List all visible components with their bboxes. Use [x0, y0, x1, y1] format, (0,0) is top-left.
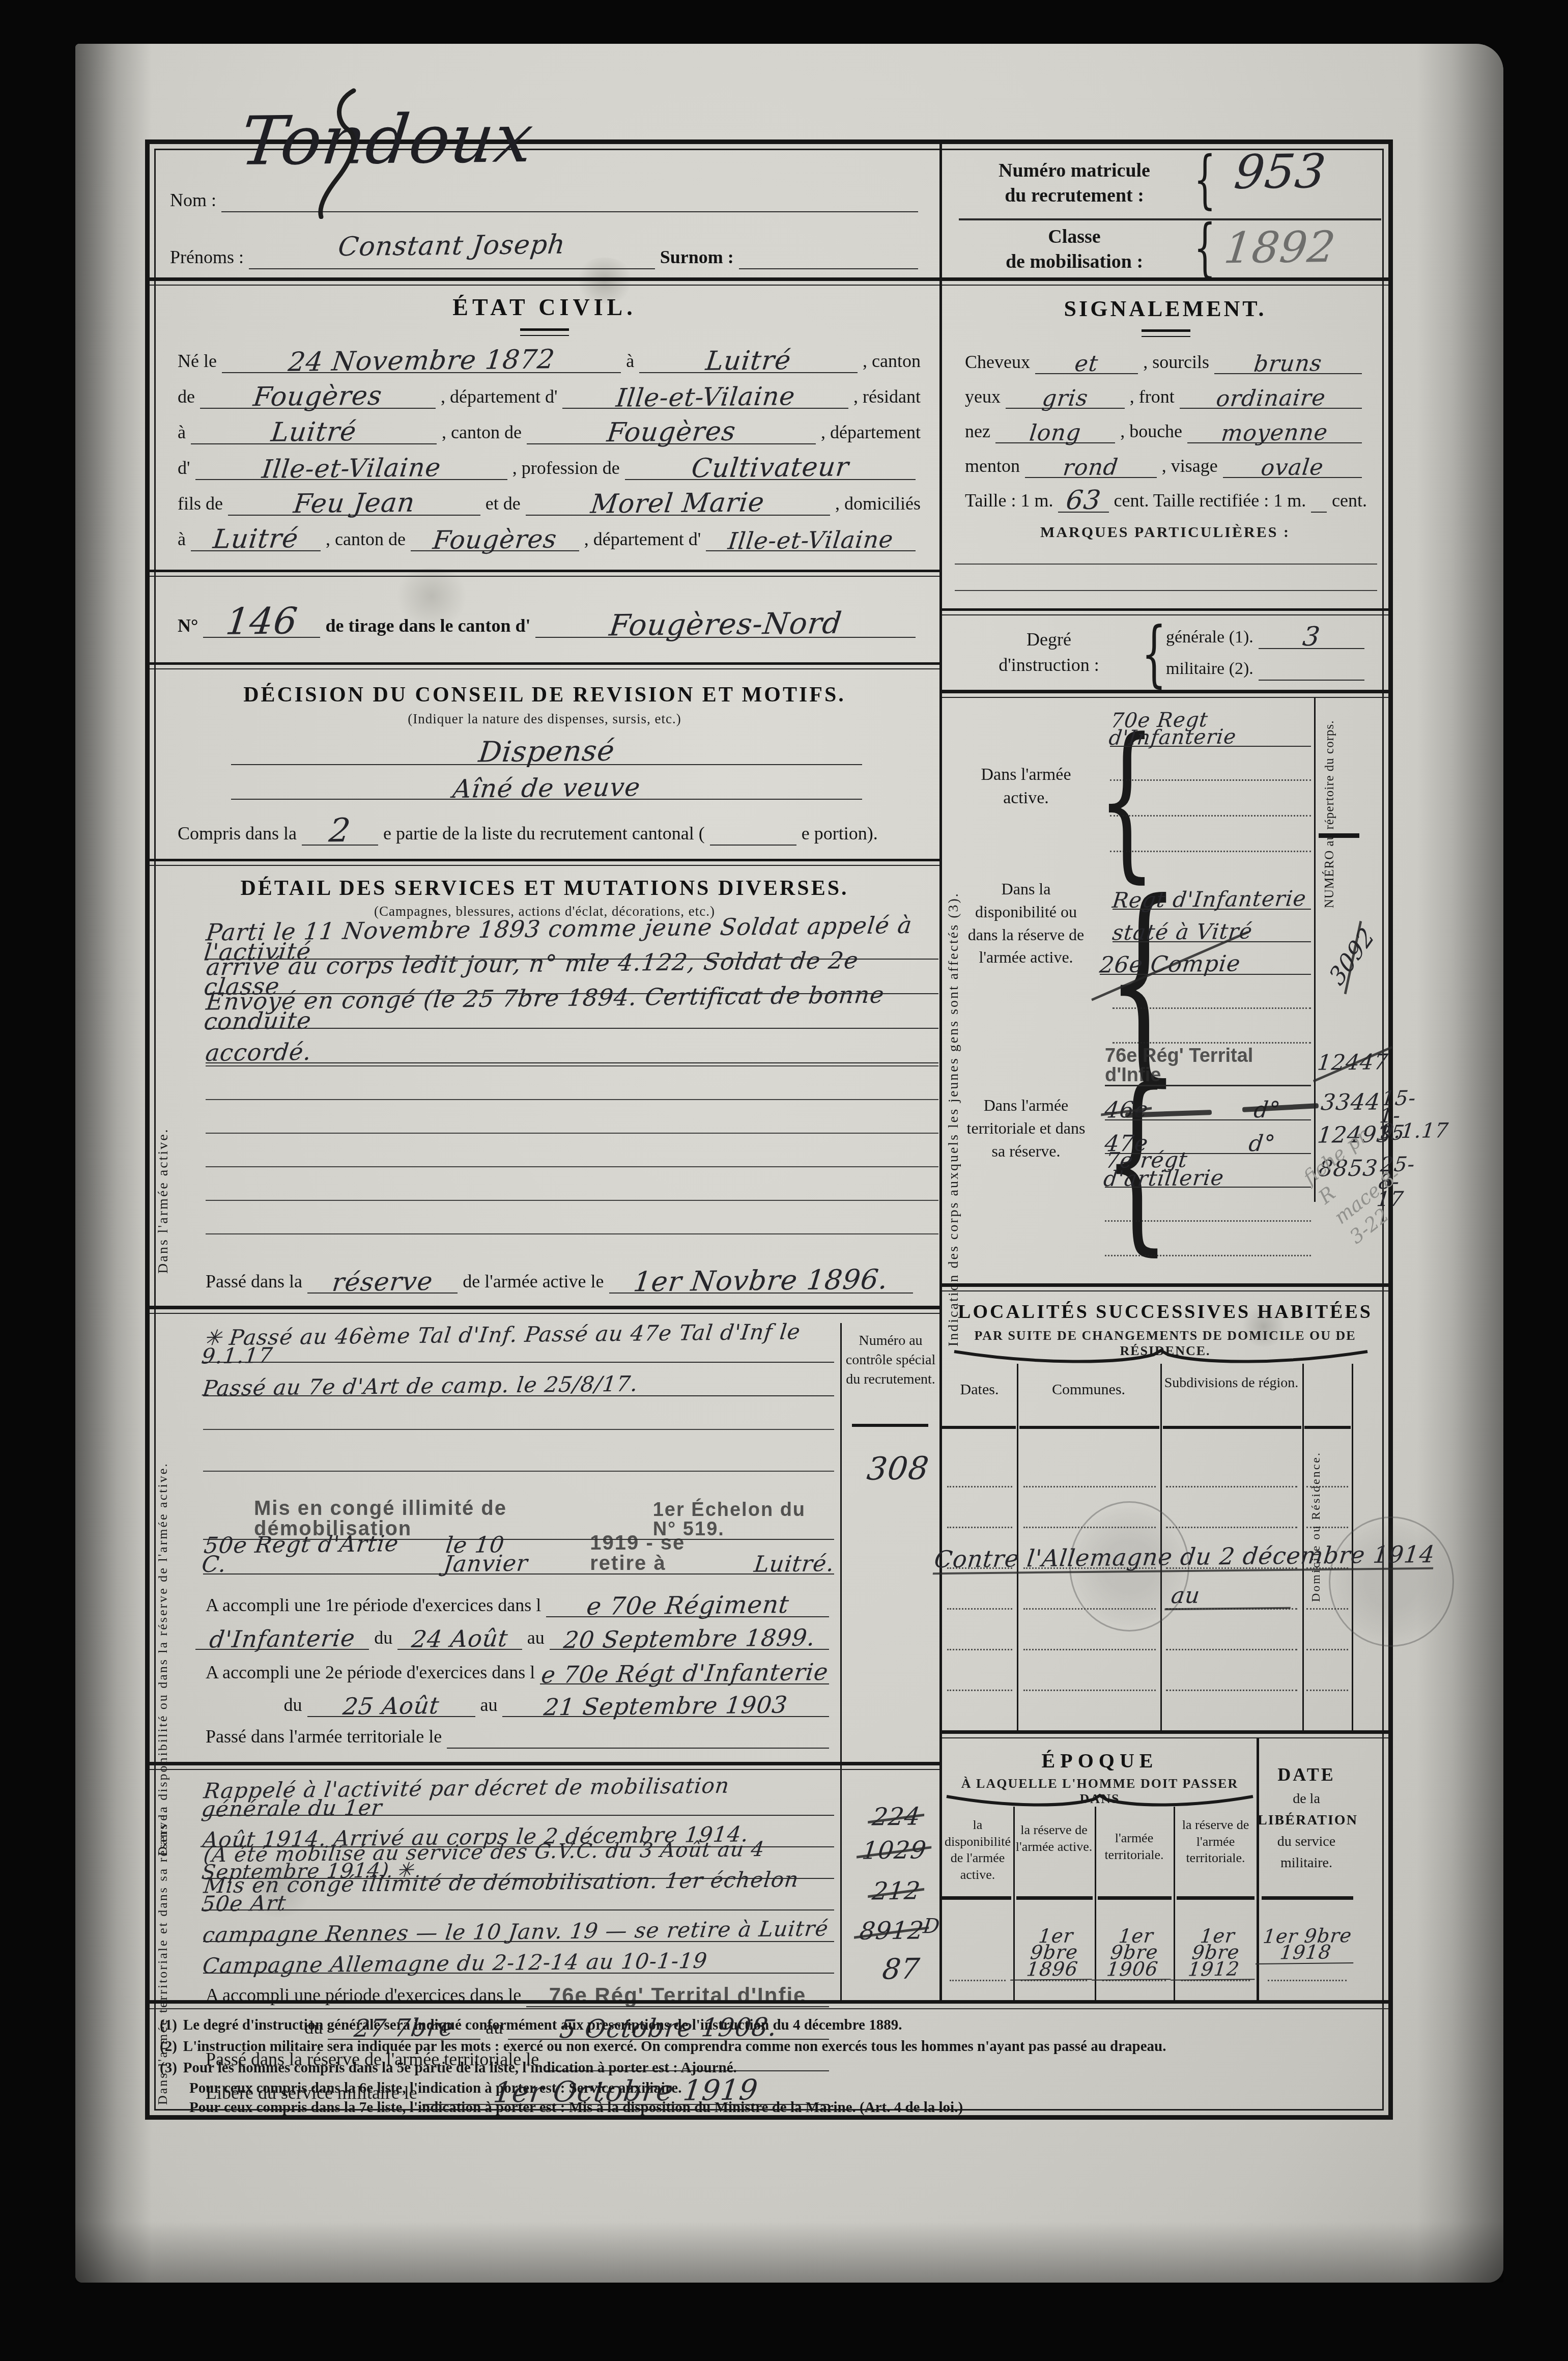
- label: A accompli une 2e période d'exercices da…: [206, 1663, 535, 1684]
- label: générale (1).: [1166, 629, 1253, 649]
- dotted-line: [1023, 1486, 1156, 1487]
- epoque-col4-header: la réserve de l'armée territoriale.: [1174, 1817, 1258, 1867]
- footnote-5: Pour ceux compris dans la 7e liste, l'in…: [189, 2099, 1375, 2116]
- dotted-line: [1113, 1007, 1311, 1009]
- terr-hw-4: Mis en congé illimité de démobilisation.…: [203, 1879, 834, 1910]
- dotted-line: [1110, 779, 1311, 781]
- classe-brace: {: [1194, 216, 1216, 279]
- label: yeux: [965, 387, 1001, 409]
- dispo-hw-1: ✳ Passé au 46ème Tal d'Inf. Passé au 47e…: [203, 1329, 834, 1363]
- header-rule: [1177, 1896, 1255, 1900]
- hw-value: 146: [224, 605, 299, 637]
- label: à: [178, 530, 186, 551]
- hw-value: Luitré: [270, 420, 357, 444]
- label: du: [284, 1696, 302, 1717]
- prenoms-row: Prénoms : Constant Joseph Surnom :: [170, 235, 923, 269]
- header-rule: [1304, 1426, 1351, 1429]
- label: de tirage dans le canton d': [325, 616, 530, 638]
- hw-value: 1er Novbre 1896.: [633, 1268, 890, 1294]
- corps-dispo-hw-2: staté à Vitré: [1113, 912, 1311, 942]
- classe-label: Classe de mobilisation :: [965, 224, 1184, 275]
- matricule-divider: [959, 218, 1381, 220]
- hw-value: 50e Regt d'Artie C.: [201, 1534, 402, 1575]
- table-brace-curve: [952, 1347, 1370, 1365]
- dotted-line: [947, 1608, 1012, 1610]
- margin-number-struck: 3092: [1327, 924, 1377, 989]
- header-rule: [1016, 1896, 1093, 1900]
- bottom-shadow: [75, 2222, 1503, 2283]
- section-rule: [150, 570, 939, 577]
- hw-value: Envoyé en congé (le 25 7bre 1894. Certif…: [203, 984, 942, 1031]
- dotted-line: [1110, 851, 1311, 852]
- dotted-line: [1110, 815, 1311, 817]
- surnom-line: [739, 235, 918, 269]
- margin-number-struck: 1029: [861, 1840, 928, 1861]
- nom-label: Nom :: [170, 191, 216, 212]
- hw-value: moyenne: [1220, 423, 1329, 443]
- hw-value: 24 Août: [411, 1628, 509, 1649]
- hw-value: 21 Septembre 1903: [543, 1695, 789, 1717]
- label: e portion).: [802, 824, 878, 846]
- regiment-stamp: 76e Rég' Territal d'Infie: [1105, 1046, 1311, 1085]
- label: , département d': [441, 387, 557, 409]
- dotted-line: [950, 1980, 1006, 1981]
- blank-line: [206, 1233, 938, 1234]
- hw-value: Luitré: [212, 527, 299, 551]
- label: Né le: [178, 352, 217, 373]
- hw-value: 63: [1065, 489, 1102, 512]
- prenoms-label: Prénoms :: [170, 248, 244, 269]
- label: cent. Taille rectifiée : 1 m.: [1114, 491, 1306, 513]
- dotted-line: [1113, 1042, 1311, 1044]
- blank-line: [955, 590, 1377, 591]
- margin-number-struck: 212: [871, 1881, 922, 1902]
- section-rule-heavy: [942, 1283, 1388, 1291]
- corps-active-hw-row: 70e Regt d'Infanterie: [1110, 715, 1311, 747]
- label: du: [374, 1628, 392, 1650]
- hw-value: et: [1074, 354, 1099, 373]
- section-rule-heavy: [942, 690, 1388, 698]
- degre-brace: {: [1142, 619, 1166, 690]
- dotted-line: [1268, 1980, 1347, 1981]
- label: N°: [178, 616, 198, 638]
- hw-value: Rappelé à l'activité par décret de mobil…: [201, 1775, 837, 1818]
- corps-terr-stamp-row: 76e Rég' Territal d'Infie: [1105, 1056, 1311, 1086]
- hw-value: Ille-et-Vilaine: [261, 457, 442, 480]
- label: , canton de: [326, 530, 406, 551]
- hw-value: 25 Août: [342, 1696, 441, 1717]
- degre-label: Degré d'instruction :: [973, 627, 1125, 678]
- label: , département d': [584, 530, 701, 551]
- hw-value: 3: [1301, 626, 1321, 649]
- blank-line: [203, 1429, 834, 1430]
- demob-detail-row: 50e Regt d'Artie C. le 10 Janvier 1919 -…: [203, 1541, 834, 1575]
- right-column: SIGNALEMENT. Cheveux et , sourcils bruns…: [942, 285, 1388, 2000]
- dotted-line: [1105, 1220, 1311, 1222]
- hw-value: Campagne Allemagne du 2-12-14 au 10-1-19: [202, 1952, 708, 1975]
- signalement-title: SIGNALEMENT.: [942, 296, 1388, 322]
- hw-value: Ille-et-Vilaine: [727, 529, 895, 551]
- hw-value: Passé au 7e d'Art de camp. le 25/8/17.: [202, 1375, 639, 1398]
- controle-column-divider: [840, 1323, 842, 2000]
- dotted-line: [1102, 1980, 1166, 1981]
- section-rule: [150, 859, 939, 866]
- classe-value: 1892: [1222, 229, 1337, 267]
- matricule-value: 953: [1232, 152, 1328, 192]
- dotted-line: [1166, 1527, 1297, 1528]
- decision-line-2: Aîné de veuve: [231, 767, 862, 800]
- dotted-line: [1105, 1255, 1311, 1256]
- label: cent.: [1332, 491, 1367, 513]
- label: Cheveux: [965, 353, 1030, 374]
- epoque-value-territoriale: 1er 9bre 1906: [1095, 1928, 1174, 1980]
- label: de l'armée active le: [463, 1272, 604, 1294]
- numero-column-divider: [1314, 698, 1316, 1202]
- margin-number-struck: 8912: [859, 1920, 925, 1942]
- footnote-text: Pour ceux compris dans la 6e liste, l'in…: [189, 2080, 681, 2097]
- hw-value: Morel Marie: [590, 491, 766, 516]
- controle-label: Numéro au contrôle spécial du recrutemen…: [843, 1331, 938, 1389]
- services-hw-4: accordé.: [206, 1029, 938, 1063]
- label: à: [178, 423, 186, 444]
- corps-dispo-hw-3: 26e Compie: [1100, 944, 1311, 975]
- page-edge-shadow: [1417, 44, 1503, 2283]
- hw-value: bruns: [1253, 354, 1323, 374]
- dotted-line: [947, 1649, 1012, 1650]
- etat-line-3: à Luitré , canton de Fougères , départem…: [178, 413, 921, 444]
- decision-subtitle: (Indiquer la nature des dispenses, sursi…: [150, 711, 939, 727]
- degre-generale-row: générale (1). 3: [1166, 623, 1370, 649]
- title-mark: [520, 328, 569, 336]
- hw-value: Ille-et-Vilaine: [615, 385, 796, 409]
- label: et de: [486, 494, 521, 516]
- hw-value: accordé.: [205, 1042, 313, 1063]
- label: , résidant: [853, 387, 921, 409]
- passe-reserve-row: Passé dans la réserve de l'armée active …: [206, 1258, 918, 1294]
- dotted-line: [1306, 1690, 1348, 1691]
- campagne-note: Contre l'Allemagne du 2 décembre 1914: [933, 1544, 1436, 1575]
- date-note: 9.1.17: [1380, 1122, 1449, 1140]
- label: à: [626, 352, 634, 373]
- dotted-line: [1166, 1690, 1297, 1691]
- sig-row-2: yeux gris , front ordinaire: [965, 379, 1367, 409]
- decision-line-1: Dispensé: [231, 733, 862, 765]
- dotted-line: [1023, 1690, 1156, 1691]
- hw-value: Regt d'Infanterie: [1111, 889, 1307, 910]
- section-rule-heavy: [150, 1306, 939, 1314]
- degre-militaire-row: militaire (2).: [1166, 654, 1370, 681]
- hw-value: Fougères: [606, 420, 737, 444]
- hw-value: long: [1029, 423, 1082, 442]
- dotted-line: [1166, 1486, 1297, 1487]
- hw-value: Luitré.: [753, 1554, 835, 1574]
- corps-active-label: Dans l'armée active.: [973, 763, 1079, 810]
- label: , sourcils: [1143, 353, 1209, 374]
- footnote-2: (2) L'instruction militaire sera indiqué…: [160, 2038, 1376, 2055]
- passe-territoriale-row: Passé dans l'armée territoriale le: [206, 1717, 834, 1749]
- label: militaire (2).: [1166, 660, 1253, 681]
- blank-line: [206, 1166, 938, 1167]
- blank-line: [206, 1133, 938, 1134]
- hw-value: Fougères-Nord: [608, 610, 843, 638]
- left-column: ÉTAT CIVIL. Né le 24 Novembre 1872 à Lui…: [150, 285, 939, 2000]
- dotted-line: [1023, 1649, 1156, 1650]
- hw-value: Feu Jean: [292, 492, 416, 516]
- blank-line: [206, 1099, 938, 1100]
- epoque-col3-header: l'armée territoriale.: [1095, 1830, 1174, 1863]
- controle-underline: [852, 1424, 928, 1427]
- numero-value-struck: 12447: [1317, 1053, 1389, 1072]
- periode2-row-b: du 25 Août au 21 Septembre 1903: [190, 1685, 834, 1717]
- sig-row-3: nez long , bouche moyenne: [965, 414, 1367, 443]
- page-flourish: [277, 87, 389, 219]
- terr-hw-1: Rappelé à l'activité par décret de mobil…: [203, 1784, 834, 1816]
- epoque-value-reserve-terr: 1er 9bre 1912: [1174, 1928, 1258, 1980]
- epoque-col1-header: la disponibilité de l'armée active.: [942, 1817, 1013, 1883]
- label: , profession de: [512, 459, 620, 480]
- form-frame: Tondoux Nom : Prénoms : Constant Joseph …: [145, 139, 1393, 2120]
- localites-title: LOCALITÉS SUCCESSIVES HABITÉES: [942, 1301, 1388, 1323]
- numero-column-label: NUMÉRO au répertoire du corps.: [1323, 707, 1337, 921]
- hw-value: 70e Regt d'Infanterie: [1108, 710, 1313, 747]
- label: , canton: [863, 352, 921, 373]
- header-rule: [1098, 1896, 1172, 1900]
- hw-value: Mis en congé illimité de démobilisation.…: [201, 1870, 837, 1913]
- decision-title: DÉCISION DU CONSEIL DE REVISION ET MOTIF…: [150, 683, 939, 707]
- hw-value: e 70e Régiment: [585, 1594, 790, 1617]
- header-rule: [942, 1426, 1016, 1429]
- header-rule: [1163, 1426, 1301, 1429]
- hw-value: Cultivateur: [690, 456, 850, 480]
- periode1-row-b: d'Infanterie du 24 Août au 20 Septembre …: [190, 1618, 834, 1650]
- hw-value: gris: [1041, 388, 1089, 408]
- corps-dispo-label: Dans la disponibilité ou dans la réserve…: [965, 878, 1087, 969]
- sig-row-4: menton rond , visage ovale: [965, 448, 1367, 478]
- footnote-4: Pour ceux compris dans la 6e liste, l'in…: [189, 2080, 1375, 2097]
- sig-taille-row: Taille : 1 m. 63 cent. Taille rectifiée …: [965, 483, 1367, 513]
- tirage-row: N° 146 de tirage dans le canton d' Fougè…: [178, 595, 921, 638]
- compris-row: Compris dans la 2 e partie de la liste d…: [178, 809, 921, 846]
- hw-value: ordinaire: [1215, 388, 1326, 408]
- hw-value: le 10 Janvier: [443, 1535, 577, 1574]
- matricule-brace: {: [1194, 148, 1216, 211]
- hw-value: 2: [328, 817, 352, 845]
- footnote-text: Pour ceux compris dans la 7e liste, l'in…: [189, 2099, 963, 2116]
- epoque-title: ÉPOQUE: [942, 1749, 1258, 1773]
- footer-thin-rule: [150, 2008, 1388, 2009]
- corps-dispo-hw-1: Regt d'Infanterie: [1113, 879, 1311, 910]
- controle-value: 308: [866, 1455, 930, 1482]
- etat-line-2: de Fougères , département d' Ille-et-Vil…: [178, 377, 921, 409]
- periode1-row-a: A accompli une 1re période d'exercices d…: [206, 1586, 834, 1617]
- epoque-col2-header: la réserve de l'armée active.: [1013, 1822, 1095, 1855]
- label: , domiciliés: [835, 494, 921, 516]
- corps-side-label: Indication des corps auxquels les jeunes…: [946, 707, 962, 1532]
- corps-terr-label: Dans l'armée territoriale et dans sa rés…: [965, 1094, 1087, 1162]
- marques-label: MARQUES PARTICULIÈRES :: [942, 524, 1388, 541]
- hw-value: 24 Novembre 1872: [287, 348, 556, 374]
- label: , front: [1130, 387, 1175, 409]
- retire-stamp: 1919 - se retire à: [590, 1533, 744, 1573]
- hw-value: Dispensé: [477, 739, 616, 765]
- blank-line: [206, 1065, 938, 1066]
- hw-value: Fougères: [252, 384, 384, 408]
- services-hw-3: Envoyé en congé (le 25 7bre 1894. Certif…: [206, 994, 938, 1029]
- label: menton: [965, 457, 1020, 478]
- header-rule: [1019, 1426, 1159, 1429]
- localites-col-communes: Communes.: [1017, 1380, 1160, 1399]
- blank-line: [203, 1471, 834, 1472]
- hw-value: réserve: [331, 1270, 434, 1293]
- services-title: DÉTAIL DES SERVICES ET MUTATIONS DIVERSE…: [150, 876, 939, 901]
- dotted-line: [947, 1527, 1012, 1528]
- dotted-line: [1306, 1486, 1348, 1487]
- etat-line-1: Né le 24 Novembre 1872 à Luitré , canton: [178, 342, 921, 373]
- blank-line: [955, 564, 1377, 565]
- hw-value: campagne Rennes — le 10 Janv. 19 — se re…: [202, 1920, 829, 1945]
- label: Taille : 1 m.: [965, 491, 1053, 513]
- scanned-military-register-page: { "header": { "nom_label": "Nom :", "nom…: [0, 0, 1568, 2361]
- surnom-label: Surnom :: [660, 248, 734, 269]
- label: au: [480, 1696, 498, 1717]
- dotted-line: [947, 1690, 1012, 1691]
- label: , visage: [1162, 457, 1218, 478]
- header-rule: [942, 1896, 1011, 1900]
- footnote-1: (1) Le degré d'instruction générale sera…: [160, 2017, 1376, 2034]
- header-rule: [1262, 1896, 1353, 1900]
- label: , bouche: [1120, 422, 1182, 443]
- dotted-line: [1166, 1649, 1297, 1650]
- localites-col-subdivisions: Subdivisions de région.: [1160, 1374, 1302, 1392]
- terr-hw-6: Campagne Allemagne du 2-12-14 au 10-1-19: [203, 1942, 834, 1974]
- hw-value: Fougères: [432, 528, 558, 551]
- section-rule: [150, 662, 939, 669]
- epoque-brace-curve: [945, 1793, 1255, 1809]
- hw-value: Aîné de veuve: [451, 776, 641, 800]
- footnotes-block: (1) Le degré d'instruction générale sera…: [150, 2000, 1388, 2119]
- margin-letter: D: [922, 1918, 941, 1935]
- label: e partie de la liste du recrutement cant…: [383, 824, 705, 846]
- book-gutter-shadow: [75, 44, 152, 2283]
- localites-col-dates: Dates.: [942, 1380, 1017, 1399]
- section-rule-heavy: [150, 1762, 939, 1770]
- corps-terr-row-3: 7e régt d'artillerie: [1105, 1158, 1311, 1188]
- dotted-line: [1181, 1980, 1250, 1981]
- round-stamp: [1329, 1516, 1454, 1647]
- hw-value: ovale: [1260, 458, 1325, 477]
- terr-hw-5: campagne Rennes — le 10 Janv. 19 — se re…: [203, 1910, 834, 1942]
- footnote-text: Pour les hommes compris dans la 5e parti…: [183, 2060, 737, 2076]
- periode2-row-a: A accompli une 2e période d'exercices da…: [206, 1653, 834, 1684]
- matricule-label: Numéro matricule du recrutement :: [965, 158, 1184, 209]
- etat-line-4: d' Ille-et-Vilaine , profession de Culti…: [178, 448, 921, 480]
- label: A accompli une 1re période d'exercices d…: [206, 1596, 541, 1617]
- date-liberation-header: DATE de la LIBÉRATION du service militai…: [1258, 1761, 1355, 1874]
- unit-value: 7e régt d'artillerie: [1103, 1149, 1314, 1188]
- section-rule-heavy: [942, 1730, 1388, 1738]
- campagne-note-au: au: [1164, 1585, 1293, 1611]
- margin-number: 87: [881, 1957, 921, 1982]
- dotted-line: [947, 1486, 1012, 1487]
- prenoms-line: Constant Joseph: [249, 235, 655, 269]
- dotted-line: [1021, 1980, 1087, 1981]
- label: fils de: [178, 494, 223, 516]
- hw-value: rond: [1062, 458, 1119, 477]
- hw-value: d'Infanterie: [208, 1628, 356, 1649]
- label: au: [527, 1628, 545, 1650]
- hw-value: ✳ Passé au 46ème Tal d'Inf. Passé au 47e…: [201, 1322, 837, 1365]
- footnote-text: L'instruction militaire sera indiquée pa…: [183, 2038, 1166, 2055]
- footnote-3: (3) Pour les hommes compris dans la 5e p…: [160, 2060, 1376, 2076]
- hw-value: Luitré: [704, 349, 792, 373]
- hw-value: e 70e Régt d'Infanterie: [540, 1662, 829, 1685]
- etat-line-6: à Luitré , canton de Fougères , départem…: [178, 520, 921, 551]
- title-mark: [1142, 329, 1190, 337]
- label: Compris dans la: [178, 824, 297, 846]
- dotted-line: [1306, 1649, 1348, 1650]
- epoque-value-reserve-active: 1er 9bre 1896: [1013, 1928, 1095, 1980]
- dispo-hw-2: Passé au 7e d'Art de camp. le 25/8/17.: [203, 1363, 834, 1396]
- label: Passé dans la: [206, 1272, 302, 1294]
- footnote-text: Le degré d'instruction générale sera ind…: [183, 2017, 902, 2034]
- footnote-marker: (1): [160, 2017, 177, 2034]
- sig-row-1: Cheveux et , sourcils bruns: [965, 345, 1367, 374]
- epoque-value-liberation: 1er 9bre 1918: [1258, 1928, 1355, 1964]
- label: , département: [821, 423, 921, 444]
- matricule-box: Numéro matricule du recrutement : { 953 …: [950, 144, 1388, 285]
- label: de: [178, 387, 195, 409]
- numero-end-bar: [1319, 833, 1359, 838]
- footnote-marker: (3): [160, 2060, 177, 2076]
- label: d': [178, 459, 190, 480]
- label: Passé dans l'armée territoriale le: [206, 1727, 442, 1749]
- label: nez: [965, 422, 990, 443]
- etat-civil-title: ÉTAT CIVIL.: [150, 294, 939, 321]
- label: , canton de: [442, 423, 522, 444]
- blank-line: [206, 1200, 938, 1201]
- margin-number-struck: 224: [871, 1807, 922, 1828]
- hw-value-struck: 26e Compie: [1099, 954, 1242, 974]
- numero-value: 3344: [1320, 1092, 1381, 1112]
- footnote-marker: (2): [160, 2038, 177, 2055]
- prenoms-value: Constant Joseph: [337, 234, 566, 259]
- etat-line-5: fils de Feu Jean et de Morel Marie , dom…: [178, 484, 921, 516]
- hw-value: 20 Septembre 1899.: [562, 1627, 816, 1650]
- dotted-line: [1306, 1527, 1348, 1528]
